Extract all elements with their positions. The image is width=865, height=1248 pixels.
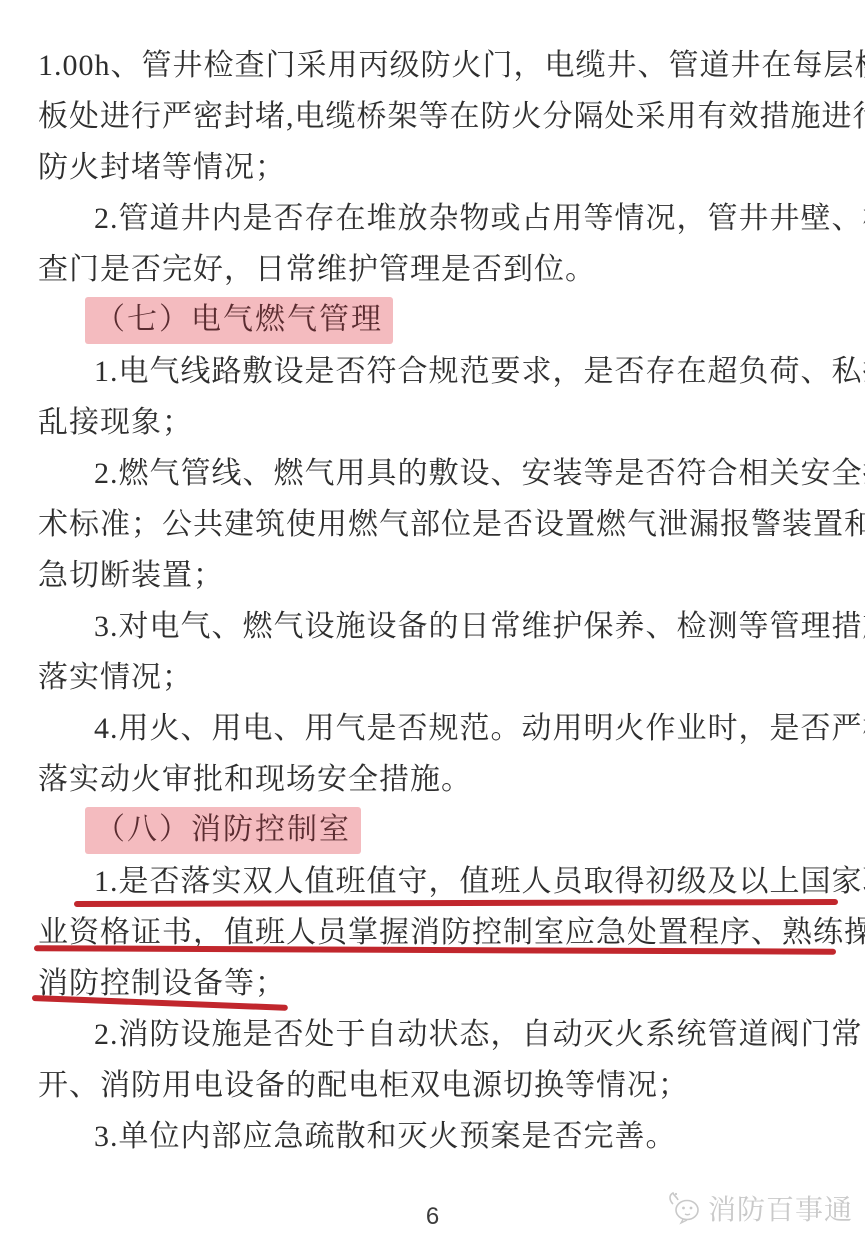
text-line: 3.单位内部应急疏散和灭火预案是否完善。 — [38, 1111, 828, 1162]
text-line-content: 3.单位内部应急疏散和灭火预案是否完善。 — [94, 1122, 677, 1152]
text-line-content: 2.消防设施是否处于自动状态，自动灭火系统管道阀门常 — [94, 1020, 863, 1050]
text-line: 防火封堵等情况； — [38, 142, 828, 193]
text-line-content: 急切断装置； — [38, 561, 224, 591]
text-line-content: 术标准；公共建筑使用燃气部位是否设置燃气泄漏报警装置和紧 — [38, 510, 865, 540]
text-line-content: 2.管道井内是否存在堆放杂物或占用等情况，管井井壁、检 — [94, 204, 865, 234]
text-line-content: 开、消防用电设备的配电柜双电源切换等情况； — [38, 1071, 689, 1101]
text-line-content: 3.对电气、燃气设施设备的日常维护保养、检测等管理措施 — [94, 612, 865, 642]
section-heading-line: （八）消防控制室 — [85, 805, 828, 856]
text-line: 1.是否落实双人值班值守，值班人员取得初级及以上国家职 — [38, 856, 828, 907]
section-heading: （八）消防控制室 — [85, 807, 361, 854]
red-underline-annotation — [74, 899, 838, 907]
section-heading-line: （七）电气燃气管理 — [85, 295, 828, 346]
text-line: 1.00h、管井检查门采用丙级防火门，电缆井、管道井在每层楼 — [38, 40, 828, 91]
text-line: 落实动火审批和现场安全措施。 — [38, 754, 828, 805]
text-line: 开、消防用电设备的配电柜双电源切换等情况； — [38, 1060, 828, 1111]
text-line-content: 板处进行严密封堵,电缆桥架等在防火分隔处采用有效措施进行 — [38, 102, 865, 132]
text-line: 2.燃气管线、燃气用具的敷设、安装等是否符合相关安全技 — [38, 448, 828, 499]
text-line: 2.管道井内是否存在堆放杂物或占用等情况，管井井壁、检 — [38, 193, 828, 244]
text-line: 急切断装置； — [38, 550, 828, 601]
document-page: 1.00h、管井检查门采用丙级防火门，电缆井、管道井在每层楼板处进行严密封堵,电… — [0, 0, 865, 1248]
text-line-content: 业资格证书，值班人员掌握消防控制室应急处置程序、熟练操作 — [38, 918, 865, 948]
document-lines: 1.00h、管井检查门采用丙级防火门，电缆井、管道井在每层楼板处进行严密封堵,电… — [38, 40, 828, 1162]
text-line-content: 2.燃气管线、燃气用具的敷设、安装等是否符合相关安全技 — [94, 459, 865, 489]
text-line-content: 防火封堵等情况； — [38, 153, 286, 183]
text-line-content: 落实动火审批和现场安全措施。 — [38, 765, 472, 795]
text-line: 乱接现象； — [38, 397, 828, 448]
text-line: 业资格证书，值班人员掌握消防控制室应急处置程序、熟练操作 — [38, 907, 828, 958]
text-line-content: 查门是否完好，日常维护管理是否到位。 — [38, 255, 596, 285]
text-line-content: 1.电气线路敷设是否符合规范要求，是否存在超负荷、私搭 — [94, 357, 865, 387]
text-line: 落实情况； — [38, 652, 828, 703]
watermark-mascot-icon — [665, 1190, 703, 1226]
text-line: 3.对电气、燃气设施设备的日常维护保养、检测等管理措施 — [38, 601, 828, 652]
text-line-content: 乱接现象； — [38, 408, 193, 438]
section-heading: （七）电气燃气管理 — [85, 297, 393, 344]
text-line: 1.电气线路敷设是否符合规范要求，是否存在超负荷、私搭 — [38, 346, 828, 397]
text-line: 术标准；公共建筑使用燃气部位是否设置燃气泄漏报警装置和紧 — [38, 499, 828, 550]
text-line-content: 1.是否落实双人值班值守，值班人员取得初级及以上国家职 — [94, 867, 865, 897]
text-line-content: 1.00h、管井检查门采用丙级防火门，电缆井、管道井在每层楼 — [38, 51, 865, 81]
watermark-text: 消防百事通 — [708, 1188, 853, 1228]
text-line: 4.用火、用电、用气是否规范。动用明火作业时，是否严格 — [38, 703, 828, 754]
text-line: 查门是否完好，日常维护管理是否到位。 — [38, 244, 828, 295]
watermark: 消防百事通 — [665, 1188, 853, 1228]
text-line: 2.消防设施是否处于自动状态，自动灭火系统管道阀门常 — [38, 1009, 828, 1060]
text-line: 板处进行严密封堵,电缆桥架等在防火分隔处采用有效措施进行 — [38, 91, 828, 142]
text-line-content: 消防控制设备等； — [38, 969, 286, 999]
text-line-content: 4.用火、用电、用气是否规范。动用明火作业时，是否严格 — [94, 714, 865, 744]
text-line-content: 落实情况； — [38, 663, 193, 693]
text-line: 消防控制设备等； — [38, 958, 828, 1009]
